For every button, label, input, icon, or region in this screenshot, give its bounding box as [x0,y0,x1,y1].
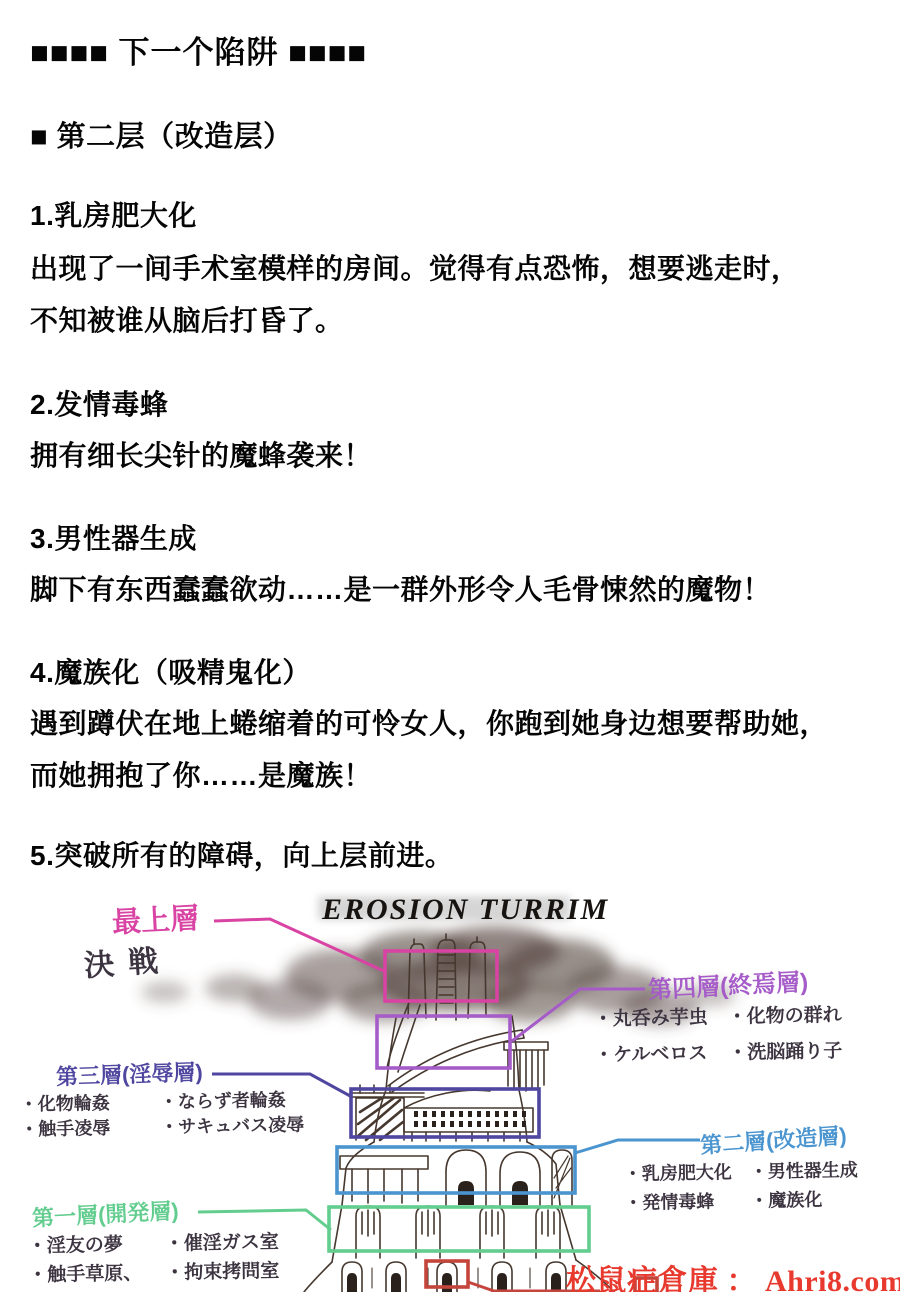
trap-4-title: 4.魔族化（吸精鬼化） [30,656,311,690]
trap-4-line-2: 而她拥抱了你……是魔族！ [30,759,372,793]
trap-1-title: 1.乳房肥大化 [30,199,197,233]
items-level-3: ・化物輪姦 ・ならず者輪姦 ・触手凌辱 ・サキュバス凌辱 [20,1088,305,1143]
items-level-4: ・丸呑み芋虫 ・化物の群れ ・ケルベロス ・洗脳踊り子 [593,998,842,1074]
label-level-3: 第三層(淫辱層) [56,1055,204,1091]
note-final-battle: 決戦 [83,935,174,985]
document-page: ■■■■ 下一个陷阱 ■■■■ ■ 第二层（改造层） 1.乳房肥大化 出现了一间… [0,0,900,1292]
box-level-4 [377,1016,510,1068]
level-4-item: ・ケルベロス [594,1036,729,1074]
level-3-item: ・サキュバス凌辱 [160,1113,304,1141]
trap-2-title: 2.发情毒蜂 [30,388,168,422]
level-2-item: ・魔族化 [750,1185,858,1216]
section-heading: ■ 第二层（改造层） [30,120,293,155]
label-top-level: 最上層 [111,896,200,941]
connector-level-1 [198,1210,331,1230]
trap-2-line-1: 拥有细长尖针的魔蜂袭来！ [30,439,372,473]
trap-3-title: 3.男性器生成 [30,522,197,556]
trap-4-line-1: 遇到蹲伏在地上蜷缩着的可怜女人，你跑到她身边想要帮助她， [30,707,828,741]
items-level-2: ・乳房肥大化 ・男性器生成 ・発情毒蜂 ・魔族化 [624,1156,859,1218]
level-3-item: ・触手凌辱 [20,1115,160,1142]
trap-3-line-1: 脚下有东西蠢蠢欲动……是一群外形令人毛骨悚然的魔物！ [30,573,771,607]
level-4-item: ・丸呑み芋虫 [593,1000,728,1038]
level-2-item: ・乳房肥大化 [624,1158,750,1189]
level-1-item: ・触手草原、 [28,1259,165,1290]
level-1-item: ・催淫ガス室 [164,1228,279,1259]
level-4-item: ・化物の群れ [727,998,842,1036]
page-header: ■■■■ 下一个陷阱 ■■■■ [30,34,367,71]
trap-5-title: 5.突破所有的障碍，向上层前进。 [30,839,453,873]
level-1-item: ・拘束拷問室 [165,1257,280,1288]
level-2-item: ・男性器生成 [749,1156,857,1187]
tower-title: EROSION TURRIM [321,893,609,926]
trap-1-line-2: 不知被谁从脑后打昏了。 [30,304,344,338]
connector-level-2 [575,1140,700,1153]
level-1-item: ・淫友の夢 [28,1230,165,1261]
watermark: 松鼠症倉庫 ： Ahri8.com [566,1256,900,1292]
balcony-window-dots [414,1114,528,1124]
items-level-1: ・淫友の夢 ・催淫ガス室 ・触手草原、 ・拘束拷問室 [28,1228,280,1290]
level-3-item: ・化物輪姦 [20,1090,160,1117]
trap-1-line-1: 出现了一间手术室模样的房间。觉得有点恐怖，想要逃走时， [30,252,800,286]
tower-dark-windows [347,1181,561,1292]
level-2-item: ・発情毒蜂 [624,1187,750,1218]
level-3-item: ・ならず者輪姦 [160,1088,304,1116]
level-4-item: ・洗脳踊り子 [728,1034,843,1072]
